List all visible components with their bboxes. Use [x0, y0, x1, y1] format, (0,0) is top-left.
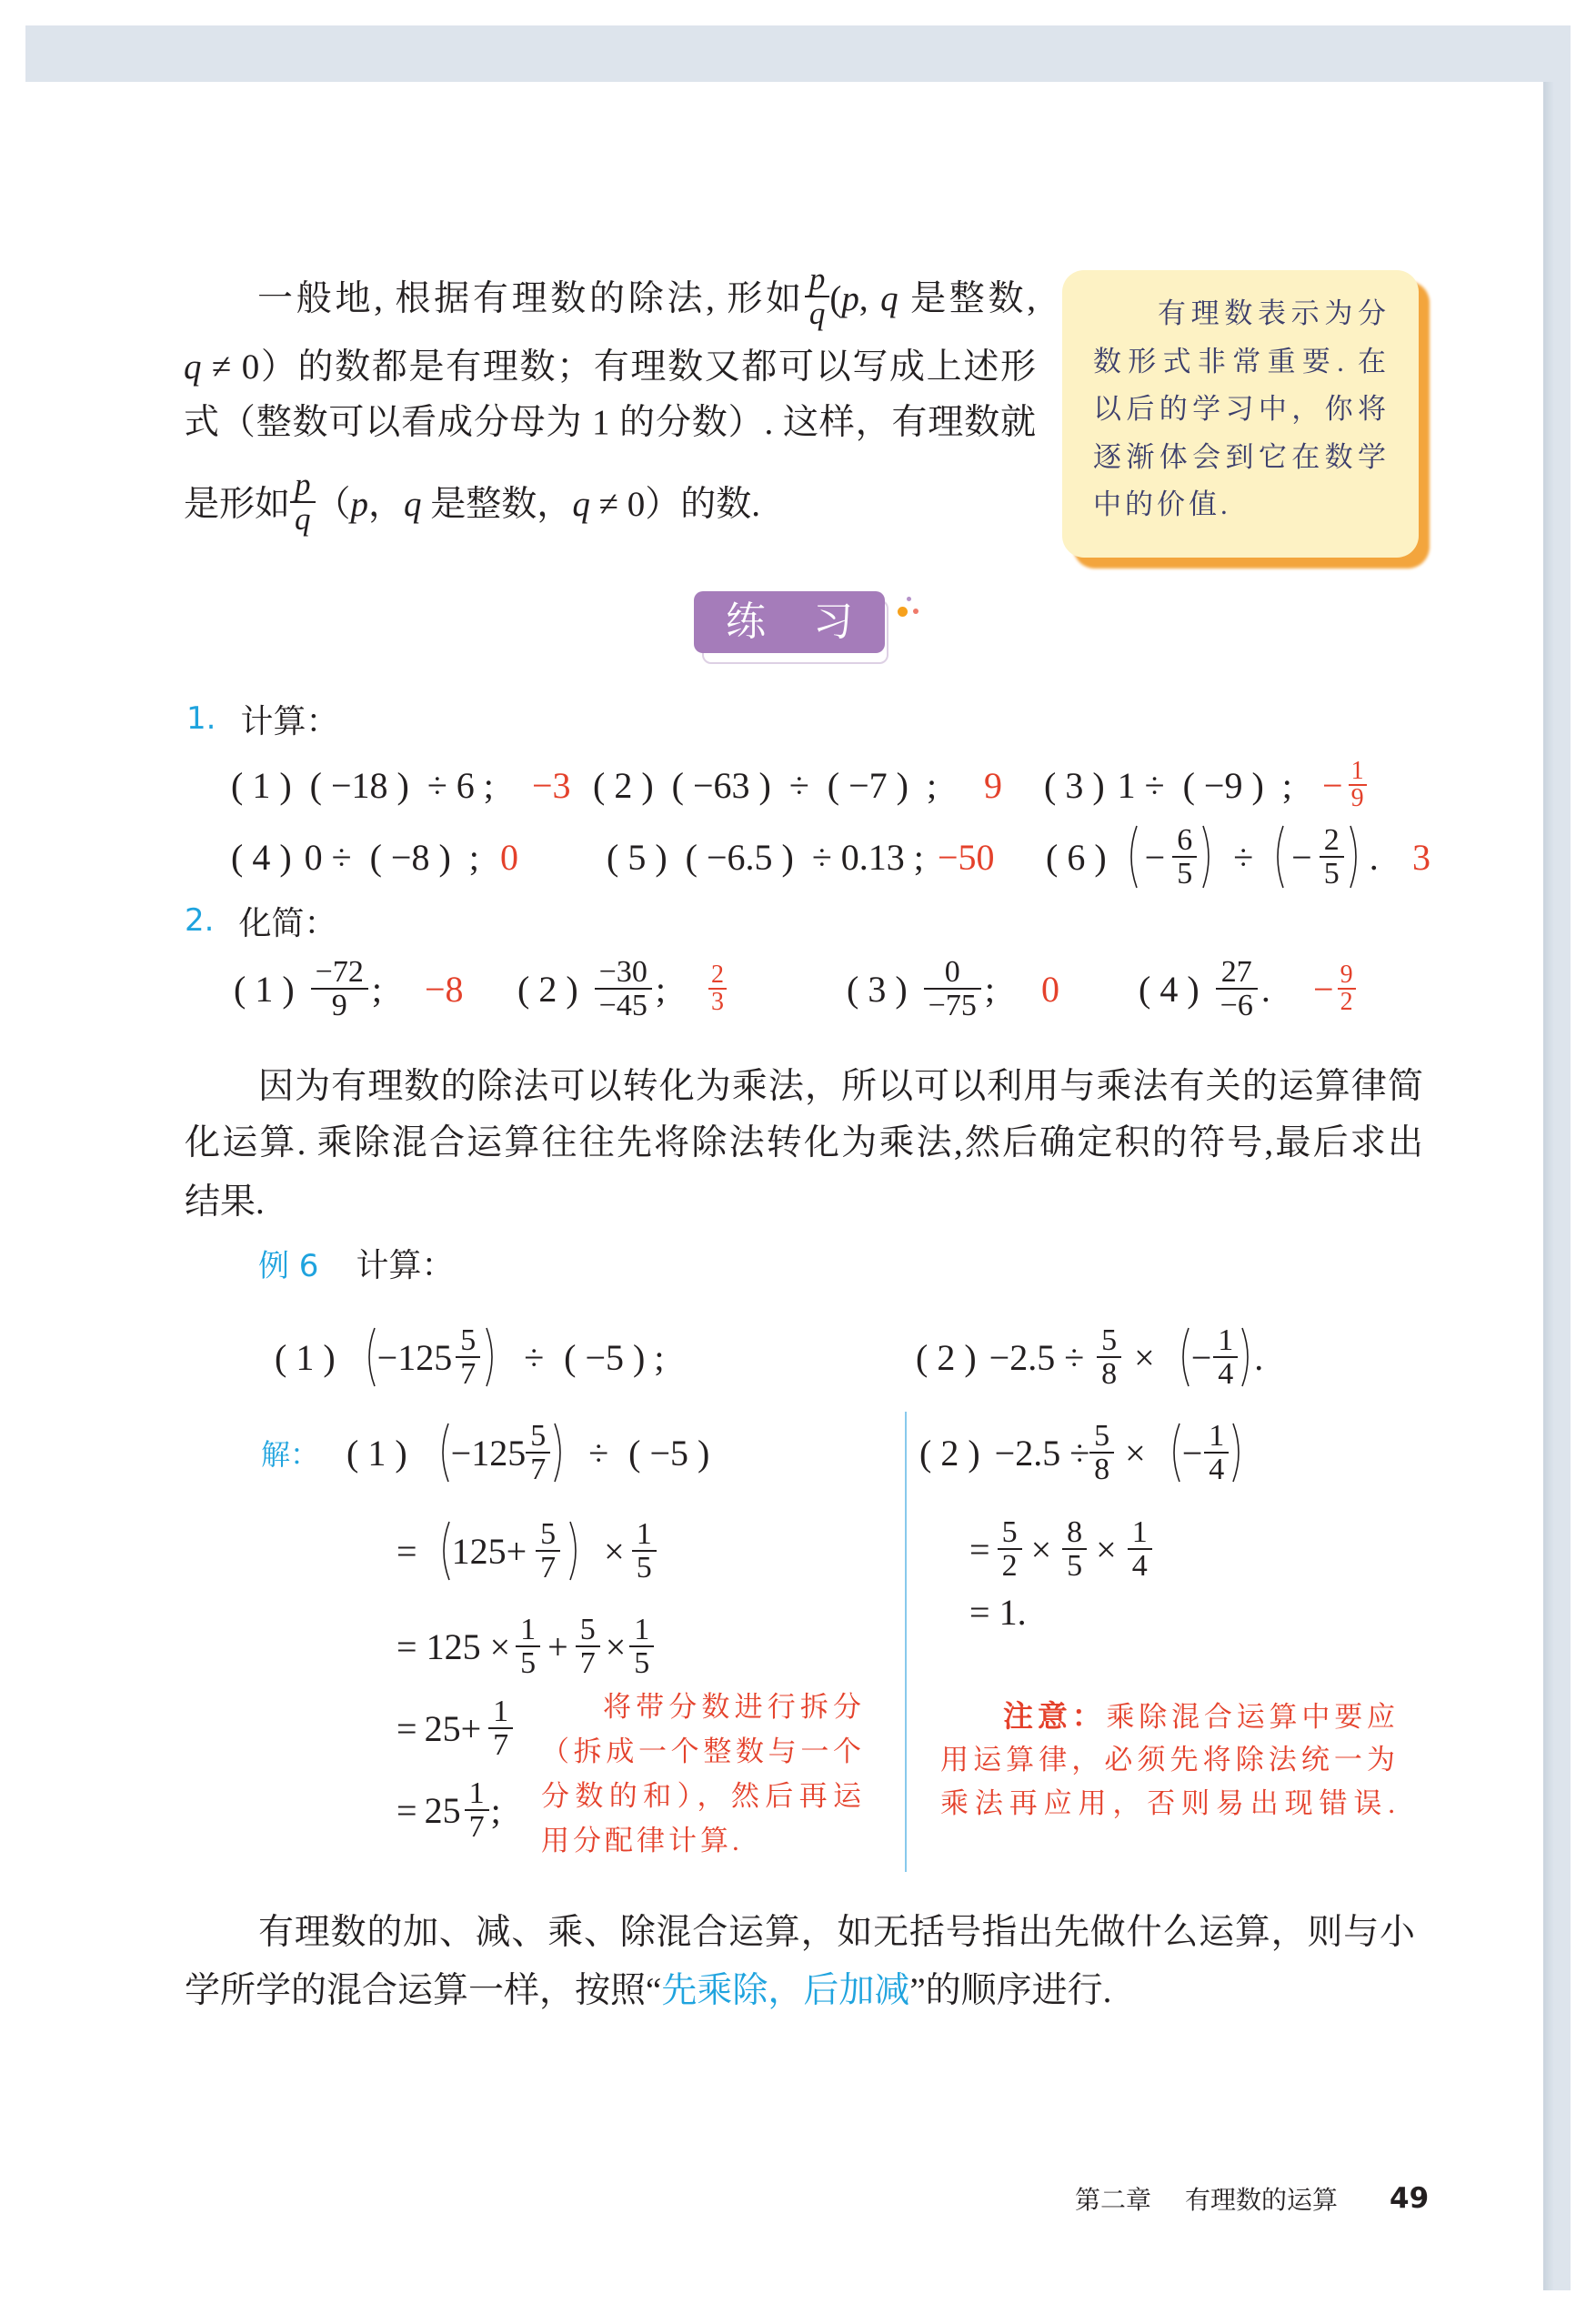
- numerator: p: [290, 470, 316, 503]
- text: ≠ 0）的数.: [590, 485, 760, 524]
- fraction: 0−75: [924, 958, 981, 1021]
- operator: ×: [1134, 1336, 1155, 1379]
- fraction: −729: [311, 958, 368, 1021]
- numerator: 5: [526, 1422, 550, 1454]
- note-text: 乘除混合运算中要应: [1106, 1701, 1395, 1733]
- decor-dot-icon: [907, 597, 911, 601]
- denominator: 5: [1172, 858, 1197, 888]
- left-paren-glyph: [363, 1326, 377, 1388]
- decor-dot-icon: [913, 609, 918, 614]
- operator: ×: [606, 1625, 627, 1668]
- expression: ( −63 ) ÷ ( −7 ) ;: [672, 764, 937, 807]
- ex1-item-5: ( 5 ) ( −6.5 ) ÷ 0.13 ;: [607, 811, 924, 902]
- operator: ÷: [588, 1432, 608, 1474]
- ex2-item-4: ( 4 ) 27−6 .: [1139, 943, 1270, 1034]
- variable-q: q: [572, 485, 590, 524]
- denominator: 4: [1204, 1454, 1229, 1484]
- expression: 0 ÷ ( −8 ) ;: [305, 836, 479, 879]
- decor-dot-icon: [898, 607, 908, 617]
- fraction: 17: [488, 1697, 513, 1760]
- example-problem-1: ( 1 ) −125 57 ÷ ( −5 ) ;: [275, 1312, 664, 1403]
- denominator: q: [290, 503, 316, 534]
- item-label: ( 2 ): [593, 764, 654, 807]
- numerator: 5: [1097, 1326, 1121, 1358]
- item-label: ( 1 ): [346, 1432, 407, 1474]
- numerator: 1: [1213, 1326, 1238, 1358]
- side-note-line: 逐渐体会到它在数学: [1093, 434, 1386, 482]
- item-label: ( 3 ): [847, 968, 908, 1011]
- solution-1-step-2: = 125 × 15 + 57 × 15: [396, 1601, 654, 1692]
- fraction: 57: [526, 1422, 550, 1484]
- text: ，: [368, 485, 404, 524]
- denominator: 5: [1062, 1550, 1087, 1580]
- chapter-title: 有理数的运算: [1185, 2180, 1338, 2217]
- page-number: 49: [1390, 2182, 1429, 2215]
- note-line: 用运算律，必须先将除法统一为: [940, 1738, 1395, 1782]
- answer: 0: [1041, 968, 1059, 1011]
- highlight-text: 先乘除，后加减: [661, 1970, 909, 2011]
- fraction: 14: [1204, 1422, 1229, 1484]
- numerator: 5: [576, 1615, 600, 1647]
- ex2-answer-4: − 92: [1313, 943, 1356, 1034]
- item-label: ( 6 ): [1046, 836, 1107, 879]
- terminator: .: [1254, 1336, 1263, 1379]
- side-note-box: 有理数表示为分 数形式非常重要. 在 以后的学习中，你将 逐渐体会到它在数学 中…: [1062, 270, 1419, 558]
- numerator: 5: [998, 1518, 1022, 1550]
- right-paren-glyph: [1230, 1422, 1245, 1484]
- numerator: 1: [629, 1615, 654, 1647]
- fraction: 58: [1097, 1326, 1121, 1389]
- denominator: 5: [632, 1552, 657, 1582]
- fraction: 17: [465, 1779, 489, 1842]
- textbook-page: 一般地, 根据有理数的除法, 形如pq(p, q 是整数, q ≠ 0）的数都是…: [0, 0, 1596, 2314]
- item-label: ( 1 ): [231, 764, 292, 807]
- sign: −: [1291, 836, 1312, 879]
- answer-fraction: 23: [708, 963, 727, 1014]
- whole-part: −125: [377, 1336, 453, 1379]
- numerator: 5: [1089, 1422, 1114, 1454]
- ex2-answer-1: −8: [425, 943, 464, 1034]
- variable-p: p: [841, 279, 859, 318]
- term: 125+: [452, 1530, 527, 1573]
- right-paren-glyph: [1348, 824, 1362, 890]
- fraction: 25: [1320, 826, 1344, 889]
- item-label: ( 2 ): [517, 968, 578, 1011]
- terminator: ;: [656, 968, 666, 1011]
- exercise-label: 计算：: [240, 696, 338, 742]
- item-label: ( 4 ): [231, 836, 292, 879]
- solution-1-note: 将带分数进行拆分 （拆成一个整数与一个 分数的和），然后再运 用分配律计算.: [541, 1685, 861, 1863]
- terminator: ;: [372, 968, 382, 1011]
- solution-label: 解：: [261, 1432, 319, 1474]
- expression: ( −6.5 ) ÷ 0.13 ;: [686, 836, 924, 879]
- exercise-badge: 练习: [694, 591, 885, 653]
- left-paren-glyph: [1177, 1326, 1191, 1388]
- chapter-label: 第二章: [1075, 2180, 1151, 2217]
- answer: 3: [1412, 836, 1430, 879]
- side-note-line: 有理数表示为分: [1093, 290, 1386, 338]
- example-problem-2: ( 2 ) −2.5 ÷ 58 × − 14 .: [916, 1312, 1263, 1403]
- result: 1.: [990, 1591, 1027, 1634]
- denominator: 5: [629, 1647, 654, 1677]
- answer: −50: [938, 836, 995, 879]
- terminator: ;: [985, 968, 995, 1011]
- fraction: 58: [1089, 1422, 1114, 1484]
- term: 125 ×: [427, 1625, 511, 1668]
- left-paren-glyph: [1125, 824, 1139, 890]
- text: 是形如: [184, 485, 290, 524]
- denominator: 9: [311, 990, 368, 1020]
- text: (: [829, 279, 841, 318]
- para3-line-2: 学所学的混合运算一样，按照“先乘除，后加减”的顺序进行.: [185, 1946, 1276, 2037]
- example-label: 例 6: [258, 1241, 318, 1285]
- equals: =: [396, 1707, 417, 1750]
- denominator: −75: [924, 990, 981, 1020]
- operator: ×: [1031, 1528, 1052, 1571]
- operator: ÷: [524, 1336, 544, 1379]
- numerator: 1: [516, 1615, 540, 1647]
- denominator: 7: [488, 1729, 513, 1759]
- note-line: 分数的和），然后再运: [541, 1774, 861, 1818]
- denominator: 8: [1089, 1454, 1114, 1484]
- numerator: 1: [632, 1520, 657, 1552]
- denominator: 2: [1338, 990, 1356, 1014]
- solution-1-step-1: = 125+ 57 × 15: [396, 1505, 657, 1596]
- denominator: 4: [1128, 1550, 1152, 1580]
- note-line: （拆成一个整数与一个: [541, 1729, 861, 1774]
- solution-2-start: ( 2 ) −2.5 ÷ 58 × − 14: [919, 1407, 1245, 1498]
- numerator: −72: [311, 958, 368, 990]
- fraction: 14: [1213, 1326, 1238, 1389]
- exercise-number: 2.: [185, 902, 214, 939]
- denominator: 5: [516, 1647, 540, 1677]
- numerator: p: [805, 265, 830, 297]
- numerator: 1: [1128, 1518, 1152, 1550]
- item-label: ( 4 ): [1139, 968, 1200, 1011]
- variable-q: q: [880, 279, 898, 318]
- left-paren-glyph: [1271, 824, 1286, 890]
- denominator: −6: [1216, 990, 1258, 1020]
- right-paren-glyph: [484, 1326, 498, 1388]
- right-paren-glyph: [1200, 824, 1215, 890]
- numerator: 27: [1216, 958, 1258, 990]
- item-label: ( 1 ): [275, 1336, 336, 1379]
- fraction: 15: [632, 1520, 657, 1583]
- denominator: −45: [595, 990, 652, 1020]
- denominator: 5: [1320, 858, 1344, 888]
- equals: =: [396, 1625, 417, 1668]
- numerator: 2: [708, 963, 727, 990]
- fraction: 85: [1062, 1518, 1087, 1581]
- numerator: 0: [924, 958, 981, 990]
- expression: ( −18 ) ÷ 6 ;: [310, 764, 494, 807]
- right-paren-glyph: [1240, 1326, 1254, 1388]
- equals: =: [396, 1530, 417, 1573]
- answer: −8: [425, 968, 464, 1011]
- numerator: 5: [536, 1520, 560, 1552]
- answer-sign: −: [1322, 764, 1343, 807]
- text: 是整数，: [422, 485, 573, 524]
- example-heading: 例 6 计算：: [258, 1217, 454, 1308]
- equals: =: [969, 1591, 990, 1634]
- denominator: 7: [526, 1454, 550, 1484]
- ex1-answer-4: 0: [500, 811, 518, 902]
- sign: −: [1182, 1432, 1203, 1474]
- text: 一般地, 根据有理数的除法, 形如: [257, 279, 805, 318]
- fraction: 57: [576, 1615, 600, 1678]
- right-paren-glyph: [567, 1520, 582, 1582]
- denominator: 7: [456, 1358, 480, 1388]
- operator: ÷: [1233, 836, 1253, 879]
- fraction: 14: [1128, 1518, 1152, 1581]
- denominator: 7: [536, 1552, 560, 1582]
- fraction: −30−45: [595, 958, 652, 1021]
- equals: =: [396, 1789, 417, 1832]
- exercise-number: 1.: [186, 700, 216, 737]
- text: （: [316, 485, 351, 524]
- text: ”的顺序进行.: [909, 1971, 1111, 2010]
- scan-frame-top: [25, 25, 1571, 82]
- side-note-text: 有理数表示为分 数形式非常重要. 在 以后的学习中，你将 逐渐体会到它在数学 中…: [1093, 290, 1386, 529]
- ex1-answer-6: 3: [1412, 811, 1430, 902]
- numerator: 1: [488, 1697, 513, 1729]
- note-title: 注意：: [1003, 1698, 1106, 1734]
- terminator: ;: [491, 1789, 501, 1832]
- sign: −: [1191, 1336, 1212, 1379]
- numerator: −30: [595, 958, 652, 990]
- text: 学所学的混合运算一样，按照“: [185, 1971, 661, 2010]
- denominator: 7: [465, 1811, 489, 1841]
- solution-label-row: 解：: [261, 1407, 319, 1498]
- numerator: 6: [1172, 826, 1197, 858]
- fraction-p-over-q: pq: [805, 265, 830, 328]
- term: 25: [425, 1789, 461, 1832]
- side-note-line: 中的价值.: [1093, 481, 1386, 529]
- note-line: 将带分数进行拆分: [541, 1685, 861, 1729]
- text: 是整数,: [898, 279, 1036, 318]
- left-paren-glyph: [1168, 1422, 1182, 1484]
- fraction: 65: [1172, 826, 1197, 889]
- numerator: 9: [1338, 963, 1356, 990]
- fraction: 57: [456, 1326, 480, 1389]
- fraction: 15: [516, 1615, 540, 1678]
- answer: 0: [500, 836, 518, 879]
- ex1-answer-5: −50: [938, 811, 995, 902]
- solution-1-step-4: = 25 17 ;: [396, 1765, 501, 1856]
- right-paren-glyph: [552, 1422, 567, 1484]
- item-label: ( 5 ): [607, 836, 668, 879]
- expression: −2.5 ÷: [995, 1432, 1090, 1474]
- fraction: 15: [629, 1615, 654, 1678]
- item-label: ( 1 ): [234, 968, 295, 1011]
- solution-1-step-3: = 25+ 17: [396, 1683, 513, 1774]
- exercise-label: 化简：: [238, 898, 336, 944]
- numerator: 2: [1320, 826, 1344, 858]
- answer-fraction: 19: [1349, 760, 1367, 810]
- terminator: .: [1261, 968, 1270, 1011]
- numerator: 1: [1349, 760, 1367, 786]
- denominator: 8: [1097, 1358, 1121, 1388]
- note-line: 乘法再应用，否则易出现错误.: [940, 1782, 1395, 1826]
- ex2-answer-2: 23: [708, 943, 727, 1034]
- item-label: ( 2 ): [919, 1432, 980, 1474]
- ex2-item-3: ( 3 ) 0−75 ;: [847, 943, 995, 1034]
- equals: =: [969, 1528, 990, 1571]
- fraction: 27−6: [1216, 958, 1258, 1021]
- side-note-line: 数形式非常重要. 在: [1093, 338, 1386, 387]
- left-paren-glyph: [437, 1422, 451, 1484]
- term: 25+: [425, 1707, 482, 1750]
- variable-q: q: [404, 485, 422, 524]
- fraction-p-over-q: pq: [290, 470, 316, 534]
- denominator: 3: [708, 990, 727, 1014]
- operator: ×: [1096, 1528, 1117, 1571]
- item-label: ( 3 ): [1044, 764, 1105, 807]
- denominator: 4: [1213, 1358, 1238, 1388]
- operator: ×: [604, 1530, 625, 1573]
- solution-2-note: 注意：乘除混合运算中要应 用运算律，必须先将除法统一为 乘法再应用，否则易出现错…: [940, 1695, 1395, 1826]
- answer: −3: [532, 764, 571, 807]
- ex2-item-2: ( 2 ) −30−45 ;: [517, 943, 666, 1034]
- ex1-item-6: ( 6 ) − 65 ÷ − 25 .: [1046, 811, 1379, 902]
- solution-2-step-2: = 1.: [969, 1566, 1027, 1657]
- whole-part: −125: [451, 1432, 527, 1474]
- left-paren-glyph: [437, 1520, 452, 1582]
- denominator: 7: [576, 1647, 600, 1677]
- ex1-answer-1: −3: [532, 739, 571, 830]
- answer-sign: −: [1313, 968, 1334, 1011]
- intro-line-4: 是形如pq（p，q 是整数，q ≠ 0）的数.: [184, 459, 1020, 550]
- ex2-answer-3: 0: [1041, 943, 1059, 1034]
- answer-fraction: 92: [1338, 963, 1356, 1014]
- scan-frame-right: [1543, 82, 1571, 2290]
- note-line: 注意：乘除混合运算中要应: [940, 1695, 1395, 1738]
- item-label: ( 2 ): [916, 1336, 977, 1379]
- ex2-item-1: ( 1 ) −729 ;: [234, 943, 382, 1034]
- expression: ( −5 ): [628, 1432, 709, 1474]
- fraction: 57: [536, 1520, 560, 1583]
- numerator: 8: [1062, 1518, 1087, 1550]
- variable-p: p: [351, 485, 369, 524]
- text: ,: [859, 279, 880, 318]
- sign: −: [1145, 836, 1166, 879]
- answer: 9: [984, 764, 1002, 807]
- expression: 1 ÷ ( −9 ) ;: [1118, 764, 1292, 807]
- operator: ×: [1125, 1432, 1146, 1474]
- numerator: 1: [465, 1779, 489, 1811]
- numerator: 5: [456, 1326, 480, 1358]
- intro-line-3: 式（整数可以看成分母为 1 的分数）. 这样，有理数就: [184, 377, 1036, 468]
- expression: ( −5 ) ;: [564, 1336, 664, 1379]
- denominator: 9: [1349, 786, 1367, 810]
- terminator: .: [1370, 836, 1379, 879]
- solution-1-start: ( 1 ) −125 57 ÷ ( −5 ): [346, 1407, 709, 1498]
- example-prompt: 计算：: [356, 1240, 454, 1286]
- note-line: 用分配律计算.: [541, 1818, 861, 1863]
- operator: +: [547, 1625, 568, 1668]
- column-divider: [905, 1412, 907, 1872]
- side-note-line: 以后的学习中，你将: [1093, 386, 1386, 434]
- expression: −2.5 ÷: [989, 1336, 1085, 1379]
- numerator: 1: [1204, 1422, 1229, 1454]
- page-footer: 第二章 有理数的运算 49: [1075, 2153, 1429, 2244]
